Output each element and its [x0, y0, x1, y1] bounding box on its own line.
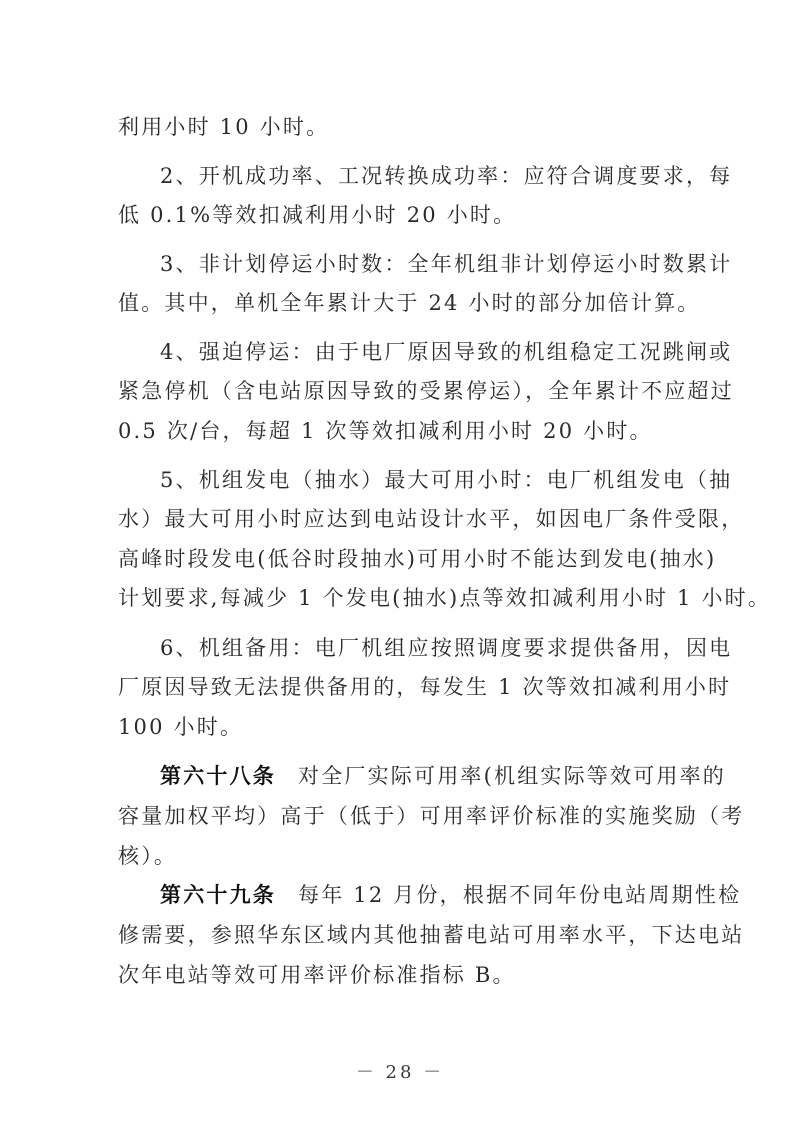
article-69-line-3: 次年电站等效可用率评价标准指标 B。: [118, 960, 688, 990]
paragraph-continuation-line: 利用小时 10 小时。: [118, 112, 688, 142]
item-5-line-3: 高峰时段发电(低谷时段抽水)可用小时不能达到发电(抽水): [118, 544, 688, 574]
article-68-line-2: 容量加权平均）高于（低于）可用率评价标准的实施奖励（考: [118, 801, 688, 831]
article-68-heading: 第六十八条: [160, 764, 276, 788]
article-68-line-3: 核）。: [118, 841, 688, 871]
page-number: － 28 －: [0, 1058, 800, 1084]
item-6-line-2: 厂原因导致无法提供备用的，每发生 1 次等效扣减利用小时: [118, 672, 688, 702]
item-6-line-3: 100 小时。: [118, 712, 688, 742]
article-69-text-1: 每年 12 月份，根据不同年份电站周期性检: [298, 883, 741, 907]
item-5-line-2: 水）最大可用小时应达到电站设计水平，如因电厂条件受限，: [118, 504, 688, 534]
article-68-line-1: 第六十八条对全厂实际可用率(机组实际等效可用率的: [160, 761, 688, 791]
item-3-line-1: 3、非计划停运小时数：全年机组非计划停运小时数累计: [160, 249, 688, 279]
article-69-line-1: 第六十九条每年 12 月份，根据不同年份电站周期性检: [160, 880, 688, 910]
item-3-line-2: 值。其中，单机全年累计大于 24 小时的部分加倍计算。: [118, 288, 688, 318]
item-5-line-1: 5、机组发电（抽水）最大可用小时：电厂机组发电（抽: [160, 465, 688, 495]
item-2-line-2: 低 0.1%等效扣减利用小时 20 小时。: [118, 200, 688, 230]
item-4-line-1: 4、强迫停运：由于电厂原因导致的机组稳定工况跳闸或: [160, 337, 688, 367]
item-5-line-4: 计划要求,每减少 1 个发电(抽水)点等效扣减利用小时 1 小时。: [118, 583, 688, 613]
item-6-line-1: 6、机组备用：电厂机组应按照调度要求提供备用，因电: [160, 633, 688, 663]
item-4-line-3: 0.5 次/台，每超 1 次等效扣减利用小时 20 小时。: [118, 416, 688, 446]
item-4-line-2: 紧急停机（含电站原因导致的受累停运），全年累计不应超过: [118, 376, 688, 406]
article-69-line-2: 修需要，参照华东区域内其他抽蓄电站可用率水平，下达电站: [118, 920, 688, 950]
article-68-text-1: 对全厂实际可用率(机组实际等效可用率的: [298, 764, 726, 788]
article-69-heading: 第六十九条: [160, 883, 276, 907]
item-2-line-1: 2、开机成功率、工况转换成功率：应符合调度要求，每: [160, 161, 688, 191]
document-page: 利用小时 10 小时。 2、开机成功率、工况转换成功率：应符合调度要求，每 低 …: [0, 0, 800, 1131]
